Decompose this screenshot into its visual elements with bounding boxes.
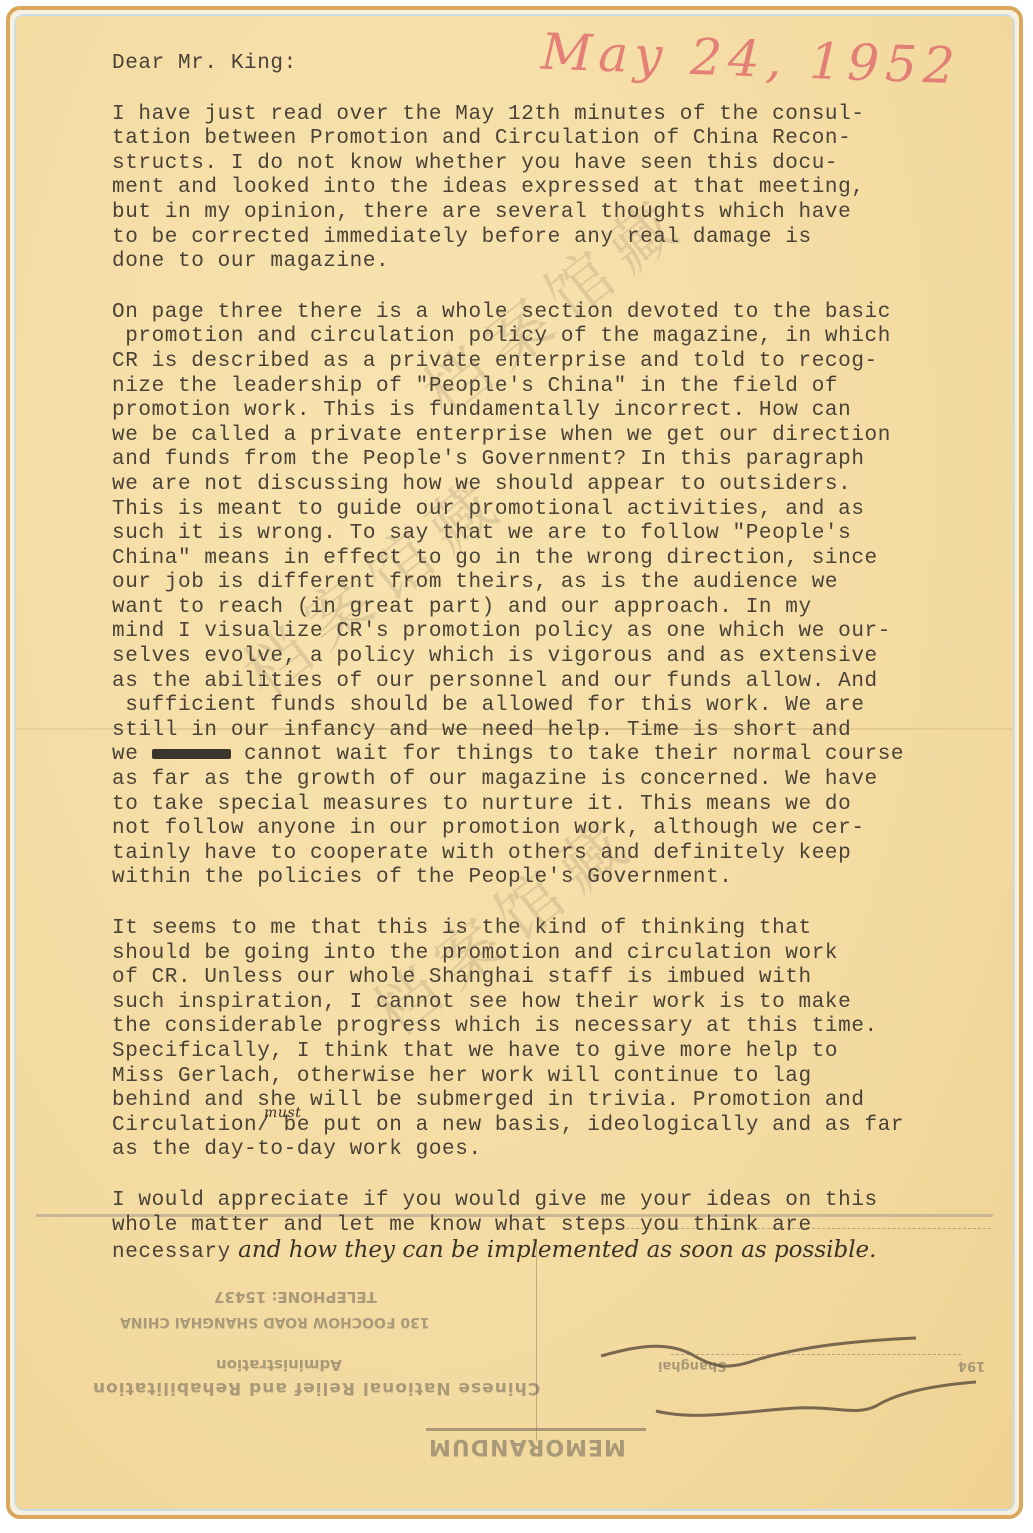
text-line: but in my opinion, there are several tho… (112, 201, 1012, 226)
text-line: On page three there is a whole section d… (112, 301, 1012, 326)
letterhead-title: MEMORANDUM (428, 1434, 626, 1459)
text-line: promotion and circulation policy of the … (112, 325, 1012, 350)
handwritten-continuation: and how they can be implemented as soon … (231, 1237, 877, 1263)
text-line: selves evolve, a policy which is vigorou… (112, 645, 1012, 670)
text-line: ment and looked into the ideas expressed… (112, 176, 1012, 201)
paragraph-2: On page three there is a whole section d… (112, 301, 1012, 891)
text-line: whole matter and let me know what steps … (112, 1214, 1012, 1239)
text-line: mind I visualize CR's promotion policy a… (112, 620, 1012, 645)
text-line: of CR. Unless our whole Shanghai staff i… (112, 966, 1012, 991)
paragraph-3: It seems to me that this is the kind of … (112, 917, 1012, 1163)
text-line: I have just read over the May 12th minut… (112, 103, 1012, 128)
letter-paper: 档案馆藏 档案馆藏 档案馆藏 May 24, 1952 TELEPHONE: 1… (16, 16, 1013, 1509)
struck-out-word: xxxxxx (152, 749, 231, 759)
text-line: tainly have to cooperate with others and… (112, 842, 1012, 867)
text-line-content: behind and she will be submerged in triv… (112, 1089, 865, 1112)
handwritten-insert: must (264, 1101, 302, 1126)
text-line: It seems to me that this is the kind of … (112, 917, 1012, 942)
letterhead-address: 130 FOOCHOW ROAD SHANGHAI CHINA (120, 1314, 430, 1330)
paragraph-1: I have just read over the May 12th minut… (112, 103, 1012, 275)
text-line: Specifically, I think that we have to gi… (112, 1040, 1012, 1065)
text-line: This is meant to guide our promotional a… (112, 498, 1012, 523)
text-line: Miss Gerlach, otherwise her work will co… (112, 1065, 1012, 1090)
salutation: Dear Mr. King: (112, 52, 1012, 77)
text-line: still in our infancy and we need help. T… (112, 719, 1012, 744)
text-line: we are not discussing how we should appe… (112, 473, 1012, 498)
text-line: sufficient funds should be allowed for t… (112, 694, 1012, 719)
text-line: China" means in effect to go in the wron… (112, 547, 1012, 572)
text-line: such it is wrong. To say that we are to … (112, 522, 1012, 547)
text-line: done to our magazine. (112, 250, 1012, 275)
letterhead-organization: Chinese National Relief and Rehabilitati… (92, 1378, 540, 1398)
letterhead-department: Administration (216, 1356, 342, 1374)
text-line: such inspiration, I cannot see how their… (112, 991, 1012, 1016)
text-line: and funds from the People's Government? … (112, 448, 1012, 473)
text-line: to take special measures to nurture it. … (112, 793, 1012, 818)
signature-scribble (596, 1316, 996, 1426)
letter-body: Dear Mr. King: I have just read over the… (112, 52, 1012, 1292)
text-line: CR is described as a private enterprise … (112, 350, 1012, 375)
text-line: to be corrected immediately before any r… (112, 226, 1012, 251)
text-line: necessary and how they can be implemente… (112, 1238, 992, 1266)
text-line: behind and she will be submerged in triv… (112, 1089, 1012, 1114)
text-line: tation between Promotion and Circulation… (112, 127, 1012, 152)
text-line: should be going into the promotion and c… (112, 942, 1012, 967)
text-line: want to reach (in great part) and our ap… (112, 596, 1012, 621)
text-line-with-strikeout: we xxxxxx cannot wait for things to take… (112, 743, 1012, 768)
text-line: promotion work. This is fundamentally in… (112, 399, 1012, 424)
text-line: we be called a private enterprise when w… (112, 424, 1012, 449)
text-line: the considerable progress which is neces… (112, 1015, 1012, 1040)
text-line: as far as the growth of our magazine is … (112, 768, 1012, 793)
text-line: our job is different from theirs, as is … (112, 571, 1012, 596)
paragraph-4: I would appreciate if you would give me … (112, 1189, 1012, 1266)
text-line: nize the leadership of "People's China" … (112, 375, 1012, 400)
text-line: not follow anyone in our promotion work,… (112, 817, 1012, 842)
letterhead-bar (426, 1428, 646, 1431)
text-line: structs. I do not know whether you have … (112, 152, 1012, 177)
text-line: I would appreciate if you would give me … (112, 1189, 1012, 1214)
text-line: within the policies of the People's Gove… (112, 866, 1012, 891)
text-line: Circulation/ be put on a new basis, ideo… (112, 1114, 1012, 1139)
text-line-content: necessary (112, 1241, 231, 1264)
text-line: as the abilities of our personnel and ou… (112, 670, 1012, 695)
text-line: as the day-to-day work goes. (112, 1138, 1012, 1163)
